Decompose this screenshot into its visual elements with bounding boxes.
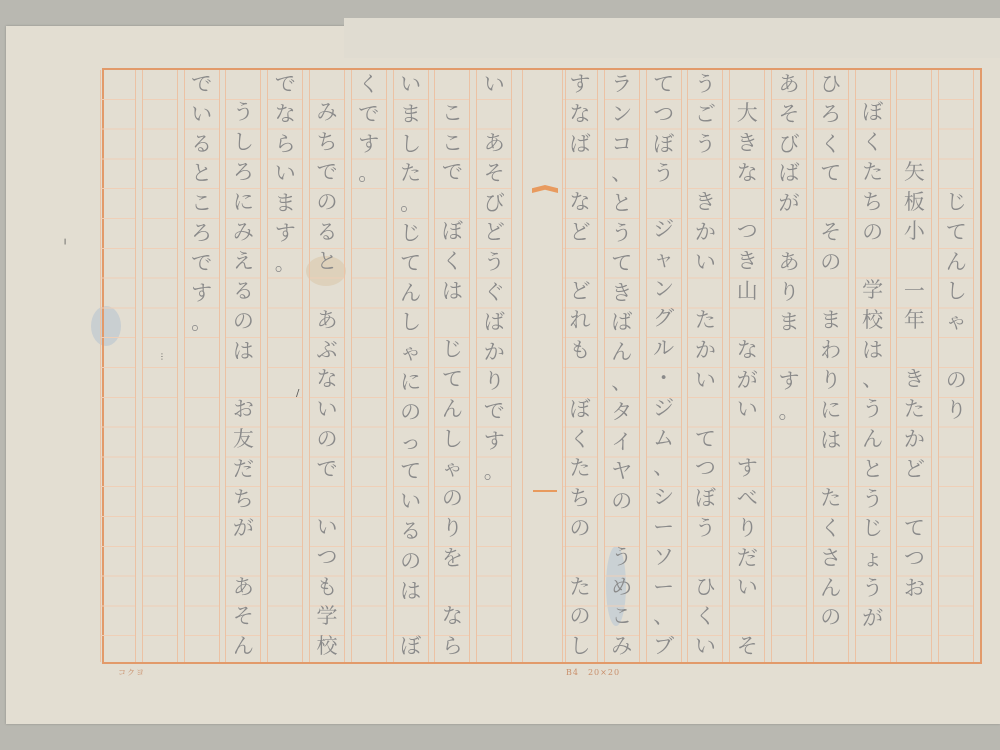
character-cell [100, 514, 136, 544]
character-cell: る [225, 277, 261, 307]
character-cell: ん [393, 279, 429, 309]
character-cell [351, 396, 387, 426]
character-cell: お [225, 395, 261, 425]
character-cell [142, 514, 178, 544]
character-cell: 。 [771, 397, 807, 427]
character-cell [142, 218, 178, 248]
character-cell: に [393, 368, 429, 398]
column-text: くです。 [351, 70, 387, 662]
character-cell: こ [434, 99, 470, 129]
character-cell: て [393, 249, 429, 279]
character-cell: て [434, 365, 470, 395]
character-cell: の [309, 425, 345, 455]
character-cell: 、 [604, 368, 640, 398]
character-cell: ジ [646, 215, 682, 245]
character-cell: つ [687, 454, 723, 484]
character-cell: ろ [225, 158, 261, 188]
character-cell: た [393, 159, 429, 189]
character-cell [813, 189, 849, 218]
character-cell: く [813, 514, 849, 544]
character-cell: 、 [646, 602, 682, 632]
character-cell: シ [646, 483, 682, 513]
character-cell [938, 544, 974, 574]
character-cell: ろ [813, 100, 849, 130]
character-cell: ら [434, 632, 470, 662]
character-cell: こ [604, 602, 640, 632]
column-text: じてんしゃのり [938, 70, 974, 662]
character-cell [771, 544, 807, 573]
character-cell: の [813, 603, 849, 633]
character-cell: ジ [646, 394, 682, 424]
character-cell [142, 484, 178, 514]
character-cell: あ [771, 248, 807, 278]
character-cell: で [184, 70, 220, 100]
character-cell [142, 573, 178, 603]
character-cell: そ [771, 100, 807, 130]
character-cell [267, 308, 303, 338]
character-cell: い [476, 70, 512, 100]
character-cell: く [351, 70, 387, 100]
character-cell: 年 [896, 306, 932, 336]
character-cell: ぼ [855, 98, 891, 128]
character-cell: い [309, 513, 345, 543]
character-cell: く [855, 128, 891, 158]
character-cell [896, 70, 932, 99]
character-cell [100, 129, 136, 159]
character-cell [729, 425, 765, 454]
character-cell: 。 [351, 159, 387, 189]
manuscript-frame: じてんしゃのり矢板小一年きたかどてつおぼくたちの学校は、うんとうじょうがひろくて… [102, 68, 982, 664]
manuscript-column: ここでぼくはじてんしゃのりをなら [430, 70, 474, 662]
character-cell [938, 603, 974, 633]
character-cell: ば [476, 308, 512, 338]
character-cell [938, 633, 974, 663]
character-cell: 学 [855, 276, 891, 306]
manuscript-column: 大きなつき山ながいすべりだいそ [725, 70, 769, 662]
character-cell: い [267, 159, 303, 189]
character-cell [562, 366, 598, 395]
character-cell [434, 188, 470, 217]
character-cell [100, 425, 136, 455]
character-cell [142, 188, 178, 218]
character-cell [100, 159, 136, 189]
character-cell: く [562, 425, 598, 455]
character-cell [813, 633, 849, 662]
character-cell: う [687, 130, 723, 160]
column-text: いました。じてんしゃにのっているのはぼ [393, 70, 429, 662]
character-cell: い [729, 395, 765, 425]
character-cell [184, 574, 220, 603]
character-cell: め [604, 573, 640, 603]
character-cell [100, 366, 136, 396]
character-cell [434, 574, 470, 603]
column-text: てつぼうジャングル・ジム、シーソー、ブ [646, 70, 682, 662]
character-cell: く [813, 130, 849, 160]
character-cell: の [562, 514, 598, 544]
manuscript-column [96, 70, 140, 662]
character-cell: で [434, 158, 470, 188]
character-cell [771, 574, 807, 603]
character-cell [267, 485, 303, 515]
character-cell: き [729, 129, 765, 159]
character-cell [938, 159, 974, 189]
column-text: 大きなつき山ながいすべりだいそ [729, 70, 765, 662]
character-cell: そ [225, 602, 261, 632]
character-cell: ひ [813, 70, 849, 100]
character-cell: 学 [309, 602, 345, 632]
character-cell [351, 426, 387, 456]
character-cell: り [813, 366, 849, 396]
character-cell [771, 456, 807, 485]
character-cell [476, 633, 512, 662]
character-cell: て [604, 249, 640, 279]
character-cell [225, 367, 261, 395]
character-cell: ど [562, 277, 598, 307]
character-cell: 、 [604, 159, 640, 189]
character-cell: す [184, 279, 220, 309]
character-cell: し [938, 277, 974, 307]
center-fold [522, 70, 566, 662]
character-cell [351, 278, 387, 308]
character-cell: 。 [184, 308, 220, 338]
character-cell: 校 [855, 306, 891, 336]
character-cell: と [184, 159, 220, 189]
character-cell: こ [184, 189, 220, 219]
character-cell: の [309, 188, 345, 218]
character-cell: う [225, 98, 261, 128]
character-cell [476, 545, 512, 574]
character-cell: う [687, 70, 723, 100]
character-cell: か [687, 218, 723, 248]
character-cell [142, 100, 178, 130]
character-cell: は [393, 577, 429, 607]
character-cell: で [184, 249, 220, 279]
character-cell [476, 604, 512, 633]
character-cell: み [225, 218, 261, 248]
character-cell [476, 516, 512, 545]
character-cell [855, 247, 891, 275]
manuscript-column [138, 70, 182, 662]
character-cell: 矢 [896, 158, 932, 188]
character-cell: す [351, 130, 387, 160]
character-cell [225, 70, 261, 98]
character-cell: び [476, 189, 512, 219]
character-cell: ん [434, 395, 470, 425]
character-cell [896, 336, 932, 365]
character-cell: だ [225, 455, 261, 485]
character-cell: ー [646, 513, 682, 543]
character-cell: う [604, 219, 640, 249]
column-text: ひろくてそのまわりにはたくさんの [813, 70, 849, 662]
manuscript-column: くです。 [347, 70, 391, 662]
character-cell: 、 [646, 453, 682, 483]
character-cell: ル [646, 334, 682, 364]
character-cell: そ [729, 632, 765, 662]
character-cell [896, 485, 932, 514]
character-cell [100, 336, 136, 366]
character-cell [184, 338, 220, 367]
character-cell [938, 337, 974, 367]
character-cell [267, 574, 303, 604]
character-cell [476, 100, 512, 129]
character-cell: る [309, 218, 345, 248]
character-cell [184, 456, 220, 485]
character-cell: ブ [646, 632, 682, 662]
character-cell: さ [813, 544, 849, 574]
character-cell: じ [938, 188, 974, 218]
character-cell [100, 277, 136, 307]
character-cell: な [729, 159, 765, 189]
character-cell: な [729, 336, 765, 366]
character-cell [729, 603, 765, 632]
character-cell [771, 219, 807, 248]
character-cell [351, 248, 387, 278]
character-cell: ひ [687, 573, 723, 603]
character-cell [434, 306, 470, 335]
character-cell [562, 544, 598, 573]
character-cell [184, 515, 220, 544]
character-cell [351, 337, 387, 367]
character-cell: う [476, 248, 512, 278]
character-cell: ま [771, 308, 807, 338]
character-cell: た [562, 454, 598, 484]
character-cell: ぼ [646, 130, 682, 160]
character-cell: て [687, 425, 723, 455]
character-cell: り [938, 396, 974, 426]
character-cell: ま [393, 100, 429, 130]
character-cell [142, 425, 178, 455]
character-cell: で [351, 100, 387, 130]
character-cell [267, 515, 303, 545]
character-cell: す [562, 70, 598, 100]
character-cell: い [393, 487, 429, 517]
character-cell [687, 278, 723, 307]
character-cell [309, 277, 345, 305]
column-text: ここでぼくはじてんしゃのりをなら [434, 70, 470, 662]
character-cell: が [729, 366, 765, 396]
character-cell: て [896, 514, 932, 544]
character-cell: ん [938, 248, 974, 278]
character-cell [100, 484, 136, 514]
character-cell: ら [267, 130, 303, 160]
manuscript-column: 矢板小一年きたかどてつお [892, 70, 936, 662]
character-cell: と [309, 247, 345, 277]
character-cell: あ [225, 573, 261, 603]
character-cell: し [393, 130, 429, 160]
character-cell [562, 159, 598, 188]
character-cell: の [393, 547, 429, 577]
character-cell [267, 633, 303, 663]
character-cell: だ [729, 544, 765, 574]
character-cell: ど [896, 455, 932, 485]
character-cell [142, 396, 178, 426]
character-cell: の [434, 484, 470, 514]
character-cell: う [855, 485, 891, 515]
manuscript-column: ぼくたちの学校は、うんとうじょうが [851, 70, 895, 662]
character-cell: た [687, 306, 723, 336]
character-cell: ん [604, 338, 640, 368]
character-cell: ん [813, 574, 849, 604]
character-cell [351, 544, 387, 574]
character-cell: の [855, 218, 891, 248]
character-cell: な [309, 365, 345, 395]
character-cell: ち [225, 485, 261, 515]
column-text: 矢板小一年きたかどてつお [896, 70, 932, 662]
manuscript-column: ランコ、とうてきばん、タイヤのうめこみ [600, 70, 644, 662]
character-cell [100, 455, 136, 485]
character-cell: 板 [896, 188, 932, 218]
character-cell: う [604, 543, 640, 573]
character-cell: の [813, 248, 849, 278]
character-cell: い [687, 366, 723, 396]
character-cell: い [729, 573, 765, 603]
character-cell [896, 129, 932, 158]
character-cell: ぐ [476, 278, 512, 308]
column-text: でならいます。 [267, 70, 303, 662]
character-cell [142, 277, 178, 307]
character-cell [184, 368, 220, 397]
character-cell: か [896, 425, 932, 455]
manuscript-column: じてんしゃのり [934, 70, 978, 662]
column-text: ランコ、とうてきばん、タイヤのうめこみ [604, 70, 640, 662]
column-text: うしろにみえるのはお友だちがあそん [225, 70, 261, 662]
character-cell: し [562, 632, 598, 662]
character-cell [729, 188, 765, 217]
character-cell: す [267, 219, 303, 249]
character-cell [476, 574, 512, 603]
character-cell [604, 517, 640, 543]
character-cell [813, 278, 849, 307]
character-cell: ば [771, 159, 807, 189]
character-cell [813, 455, 849, 484]
character-cell [309, 70, 345, 98]
character-cell: ぼ [687, 484, 723, 514]
character-cell [476, 487, 512, 516]
character-cell: ご [687, 100, 723, 130]
character-cell [142, 70, 178, 100]
character-cell: つ [896, 544, 932, 574]
character-cell [100, 188, 136, 218]
character-cell: つ [729, 217, 765, 247]
character-cell [184, 397, 220, 426]
character-cell [729, 70, 765, 99]
character-cell: ー [646, 573, 682, 603]
character-cell [351, 455, 387, 485]
character-cell: し [225, 128, 261, 158]
character-cell: り [476, 367, 512, 397]
character-cell [729, 307, 765, 336]
fold-arrow-mark [532, 185, 558, 193]
character-cell [687, 396, 723, 425]
character-cell: れ [562, 306, 598, 336]
character-cell: ち [309, 128, 345, 158]
character-cell [771, 515, 807, 544]
character-cell: い [309, 395, 345, 425]
character-cell: コ [604, 130, 640, 160]
character-cell [100, 248, 136, 278]
character-cell: の [604, 487, 640, 517]
character-cell: ソ [646, 543, 682, 573]
character-cell: タ [604, 398, 640, 428]
character-cell [896, 247, 932, 276]
overlapping-sheet-edge [344, 18, 1000, 58]
character-cell: て [813, 159, 849, 189]
column-text: いあそびどうぐばかりです。 [476, 70, 512, 662]
character-cell: ぼ [393, 632, 429, 662]
character-cell [351, 189, 387, 219]
character-cell [267, 456, 303, 486]
character-cell: で [476, 397, 512, 427]
character-cell: ム [646, 424, 682, 454]
character-cell [267, 338, 303, 368]
character-cell: ン [604, 100, 640, 130]
character-cell: な [267, 100, 303, 130]
character-cell [351, 632, 387, 662]
character-cell: グ [646, 304, 682, 334]
character-cell [351, 219, 387, 249]
character-cell: 。 [476, 457, 512, 487]
character-cell: い [687, 632, 723, 662]
character-cell: つ [646, 100, 682, 130]
character-cell: た [562, 573, 598, 603]
character-cell: の [393, 398, 429, 428]
character-cell [100, 544, 136, 574]
manuscript-sheet: ╵ ⋮ / じてんしゃのり矢板小一年きたかどてつおぼくたちの学校は、うんとうじょ… [6, 26, 1000, 724]
character-cell: と [604, 189, 640, 219]
character-cell: ろ [184, 219, 220, 249]
character-cell: ん [225, 632, 261, 662]
character-cell: ど [476, 218, 512, 248]
character-cell: い [184, 100, 220, 130]
character-cell: こ [434, 129, 470, 159]
character-cell [855, 70, 891, 98]
character-cell: び [771, 130, 807, 160]
character-cell: お [896, 574, 932, 604]
character-cell: も [309, 573, 345, 603]
character-cell [771, 338, 807, 367]
character-cell [267, 544, 303, 574]
character-cell: ゃ [938, 307, 974, 337]
manuscript-column: でならいます。 [263, 70, 307, 662]
character-cell: す [771, 367, 807, 397]
character-cell [938, 100, 974, 130]
character-cell: つ [309, 543, 345, 573]
character-cell [267, 397, 303, 427]
character-cell: う [855, 395, 891, 425]
character-cell: で [309, 455, 345, 485]
character-cell: を [434, 544, 470, 574]
column-text: ぼくたちの学校は、うんとうじょうが [855, 70, 891, 662]
character-cell [855, 634, 891, 662]
character-cell [184, 485, 220, 514]
character-cell [184, 633, 220, 662]
character-cell [142, 336, 178, 366]
character-cell [100, 603, 136, 633]
character-cell [184, 544, 220, 573]
character-cell: ば [604, 308, 640, 338]
character-cell [184, 426, 220, 455]
character-cell [142, 603, 178, 633]
character-cell [142, 129, 178, 159]
character-cell [225, 544, 261, 572]
character-cell: き [729, 247, 765, 277]
manuscript-column: みちでのるとあぶないのでいつも学校 [305, 70, 349, 662]
character-cell [938, 70, 974, 100]
character-cell: て [938, 218, 974, 248]
character-cell: じ [434, 335, 470, 365]
character-cell: き [604, 279, 640, 309]
character-cell: り [729, 514, 765, 544]
